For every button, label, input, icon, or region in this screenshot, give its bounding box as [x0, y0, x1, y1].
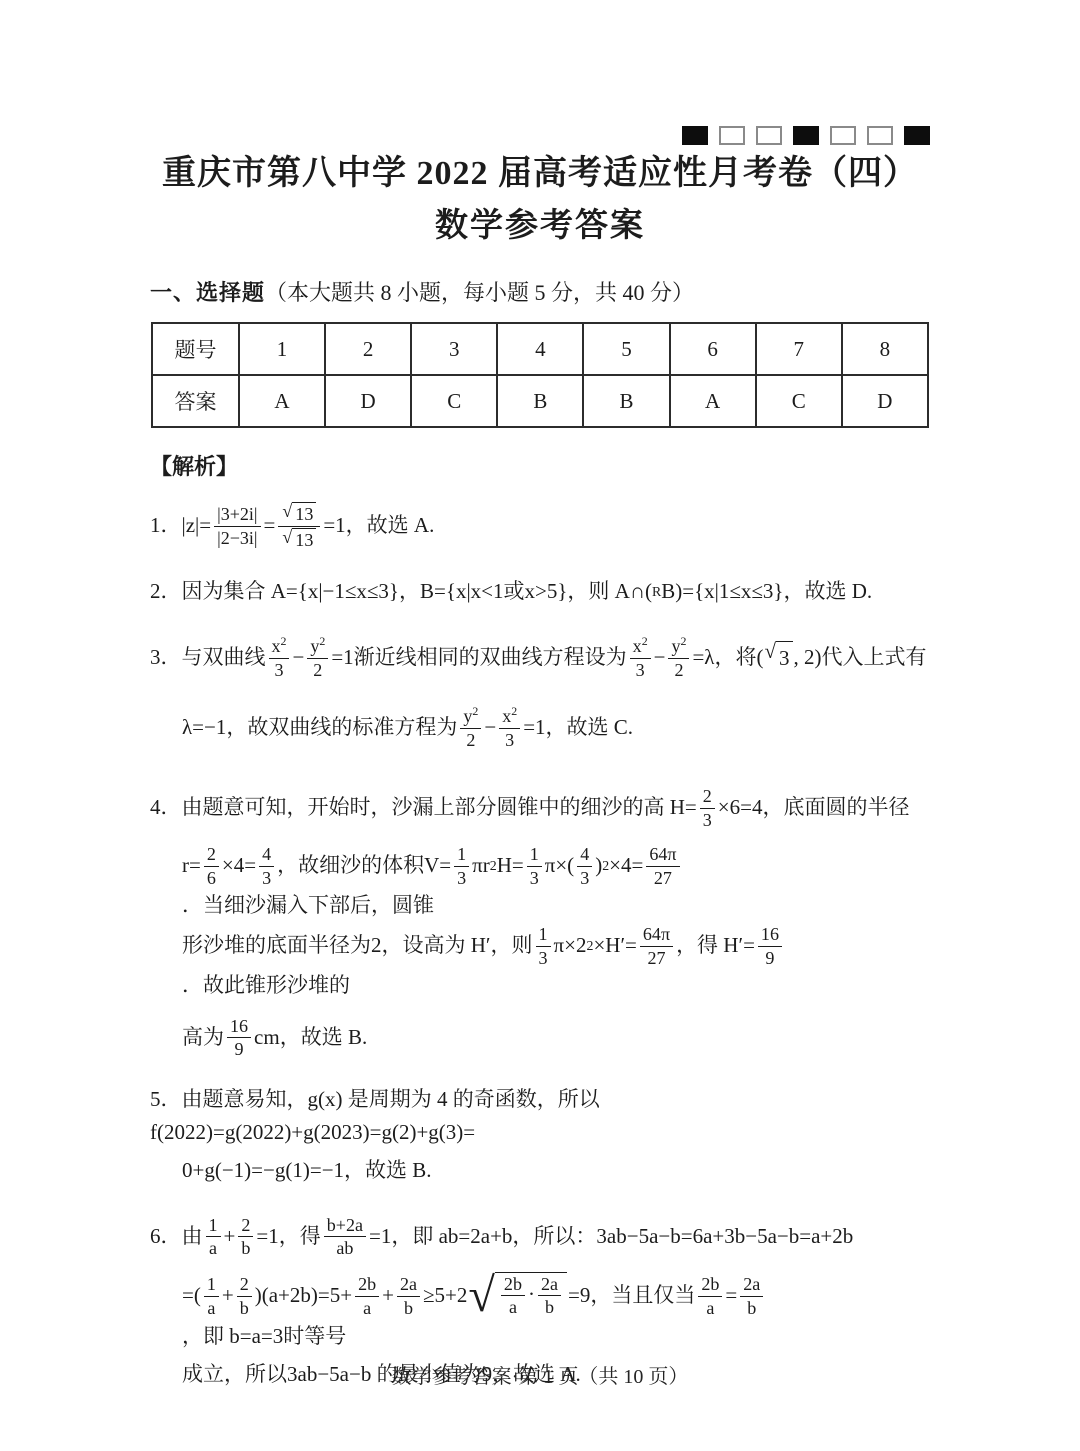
corner-marks — [150, 126, 930, 146]
table-cell: 5 — [583, 323, 669, 375]
fraction: 2ba — [698, 1273, 722, 1319]
corner-square-filled — [793, 126, 819, 145]
math-line: 4．由题意可知，开始时，沙漏上部分圆锥中的细沙的高 H=23×6=4，底面圆的半… — [150, 773, 930, 843]
fraction: 2ab — [538, 1273, 561, 1319]
solution-item: 1．|z|=|3+2i||2−3i|=√13√13=1，故选 A. — [150, 491, 930, 561]
math-line: r=26×4=43，故细沙的体积V=13πr2H=13π×(43)2×4=64π… — [150, 843, 930, 923]
table-cell: B — [497, 375, 583, 427]
table-row: 题号12345678 — [152, 323, 928, 375]
fraction: 1a — [204, 1273, 219, 1319]
section-heading: 一、选择题（本大题共 8 小题，每小题 5 分，共 40 分） — [150, 276, 930, 307]
fraction: 43 — [259, 843, 274, 889]
radical: √13 — [282, 528, 316, 552]
analysis-list: 1．|z|=|3+2i||2−3i|=√13√13=1，故选 A.2．因为集合 … — [150, 491, 930, 1396]
table-cell: C — [756, 375, 842, 427]
fraction: 2ab — [397, 1273, 420, 1319]
table-header-cell: 答案 — [152, 375, 239, 427]
fraction: 169 — [227, 1015, 251, 1061]
table-cell: D — [842, 375, 928, 427]
fraction: 1a — [206, 1214, 221, 1260]
fraction: y22 — [460, 705, 481, 751]
fraction: 13 — [454, 843, 469, 889]
corner-square-filled — [904, 126, 930, 145]
fraction: 2ab — [740, 1273, 763, 1319]
fraction: 2b — [238, 1214, 253, 1260]
fraction: 43 — [577, 843, 592, 889]
math-line: 5．由题意易知，g(x) 是周期为 4 的奇函数，所以 f(2022)=g(20… — [150, 1083, 930, 1150]
solution-item: 3．与双曲线x23−y22=1渐近线相同的双曲线方程设为x23−y22=λ，将(… — [150, 623, 930, 763]
table-cell: 4 — [497, 323, 583, 375]
radical: √3 — [765, 641, 793, 676]
math-line: 高为169cm，故选 B. — [150, 1003, 930, 1073]
fraction: 2ba — [501, 1273, 525, 1319]
solution-item: 5．由题意易知，g(x) 是周期为 4 的奇函数，所以 f(2022)=g(20… — [150, 1083, 930, 1192]
table-cell: 1 — [239, 323, 325, 375]
page-footer: 数学参考答案·第 1 页（共 10 页） — [0, 1360, 1080, 1389]
math-line: λ=−1，故双曲线的标准方程为y22−x23=1，故选 C. — [150, 693, 930, 763]
table-cell: A — [239, 375, 325, 427]
fraction: 2b — [237, 1273, 252, 1319]
math-line: 1．|z|=|3+2i||2−3i|=√13√13=1，故选 A. — [150, 491, 930, 561]
table-cell: B — [583, 375, 669, 427]
fraction: x23 — [630, 635, 651, 681]
corner-square-empty — [719, 126, 745, 145]
table-cell: 3 — [411, 323, 497, 375]
doc-title: 重庆市第八中学 2022 届高考适应性月考卷（四） — [150, 152, 930, 196]
table-cell: D — [325, 375, 411, 427]
solution-item: 2．因为集合 A={x|−1≤x≤3}，B={x|x<1或x>5}，则 A∩(R… — [150, 571, 930, 613]
corner-square-filled — [682, 126, 708, 145]
fraction: |3+2i||2−3i| — [214, 503, 260, 549]
math-line: 6．由1a+2b=1，得b+2aab=1，即 ab=2a+b，所以：3ab−5a… — [150, 1202, 930, 1272]
document-page: 重庆市第八中学 2022 届高考适应性月考卷（四） 数学参考答案 一、选择题（本… — [0, 0, 1080, 1451]
doc-subtitle: 数学参考答案 — [150, 199, 930, 246]
table-cell: A — [670, 375, 756, 427]
fraction: b+2aab — [324, 1214, 366, 1260]
fraction: 169 — [758, 923, 782, 969]
corner-square-empty — [756, 126, 782, 145]
fraction: 26 — [204, 843, 219, 889]
table-cell: 7 — [756, 323, 842, 375]
fraction: 13 — [527, 843, 542, 889]
radical: √13 — [282, 502, 316, 526]
radical: √2ba·2ab — [468, 1272, 567, 1320]
corner-square-empty — [830, 126, 856, 145]
table-cell: 6 — [670, 323, 756, 375]
fraction: x23 — [269, 635, 290, 681]
table-row: 答案ADCBBACD — [152, 375, 928, 427]
math-line: =(1a+2b)(a+2b)=5+2ba+2ab≥5+2√2ba·2ab=9，当… — [150, 1272, 930, 1354]
fraction: √13√13 — [278, 501, 320, 551]
table-header-cell: 题号 — [152, 323, 239, 375]
solution-item: 4．由题意可知，开始时，沙漏上部分圆锥中的细沙的高 H=23×6=4，底面圆的半… — [150, 773, 930, 1073]
math-line: 2．因为集合 A={x|−1≤x≤3}，B={x|x<1或x>5}，则 A∩(R… — [150, 571, 930, 613]
table-cell: 2 — [325, 323, 411, 375]
fraction: y22 — [668, 635, 689, 681]
fraction: x23 — [499, 705, 520, 751]
section-heading-bold: 一、选择题 — [150, 280, 265, 305]
fraction: 64π27 — [640, 923, 673, 969]
fraction: 64π27 — [646, 843, 679, 889]
analysis-label: 【解析】 — [150, 450, 930, 481]
math-line: 3．与双曲线x23−y22=1渐近线相同的双曲线方程设为x23−y22=λ，将(… — [150, 623, 930, 693]
fraction: 13 — [536, 923, 551, 969]
fraction: 23 — [700, 785, 715, 831]
math-line: 形沙堆的底面半径为2，设高为 H′，则13π×22×H′=64π27，得 H′=… — [150, 923, 930, 1003]
corner-square-empty — [867, 126, 893, 145]
math-line: 0+g(−1)=−g(1)=−1，故选 B. — [150, 1150, 930, 1192]
table-cell: 8 — [842, 323, 928, 375]
fraction: 2ba — [355, 1273, 379, 1319]
table-cell: C — [411, 375, 497, 427]
fraction: y22 — [307, 635, 328, 681]
section-heading-rest: （本大题共 8 小题，每小题 5 分，共 40 分） — [265, 280, 694, 305]
answer-table: 题号12345678答案ADCBBACD — [151, 322, 929, 428]
